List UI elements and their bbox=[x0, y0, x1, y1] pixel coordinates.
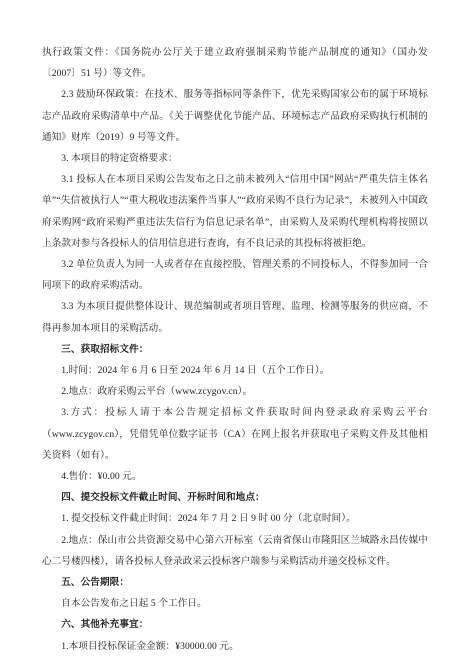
para-announcement-period-value: 自本公告发布之日起 5 个工作日。 bbox=[42, 593, 428, 614]
para-design-service-restriction: 3.3 为本项目提供整体设计、规范编制或者项目管理、监理、检测等服务的供应商，不… bbox=[42, 296, 428, 338]
para-policy-documents-continuation: 执行政策文件：《国务院办公厅关于建立政府强制采购节能产品制度的通知》（国办发〔2… bbox=[42, 42, 428, 84]
heading-other-supplementary-matters: 六、其他补充事宜： bbox=[42, 614, 428, 635]
para-environmental-policy: 2.3 鼓励环保政策：在技术、服务等指标同等条件下，优先采购国家公布的属于环境标… bbox=[42, 84, 428, 148]
para-credit-china-requirement: 3.1 投标人在本项目采购公告发布之日之前未被列入“信用中国”网站“严重失信主体… bbox=[42, 169, 428, 254]
para-obtain-time: 1.时间：2024 年 6 月 6 日至 2024 年 6 月 14 日（五个工… bbox=[42, 360, 428, 381]
para-submission-deadline-time: 1. 提交投标文件截止时间：2024 年 7 月 2 日 9 时 00 分（北京… bbox=[42, 508, 428, 529]
para-document-price: 4.售价：¥0.00 元。 bbox=[42, 466, 428, 487]
para-obtain-location: 2.地点：政府采购云平台（www.zcygov.cn）。 bbox=[42, 381, 428, 402]
para-bid-opening-location: 2.地点：保山市公共资源交易中心第六开标室（云南省保山市隆阳区兰城路永昌传媒中心… bbox=[42, 530, 428, 572]
para-bid-bond-amount: 1.本项目投标保证金金额：¥30000.00 元。 bbox=[42, 636, 428, 657]
heading-submission-deadline-and-opening: 四、提交投标文件截止时间、开标时间和地点： bbox=[42, 487, 428, 508]
heading-announcement-period: 五、公告期限： bbox=[42, 572, 428, 593]
document-content: 执行政策文件：《国务院办公厅关于建立政府强制采购节能产品制度的通知》（国办发〔2… bbox=[42, 42, 428, 657]
para-obtain-method: 3.方式：投标人请于本公告规定招标文件获取时间内登录政府采购云平台（www.zc… bbox=[42, 402, 428, 466]
para-specific-qualification-heading: 3. 本项目的特定资格要求： bbox=[42, 148, 428, 169]
para-same-legal-person-restriction: 3.2 单位负责人为同一人或者存在直接控股、管理关系的不同投标人，不得参加同一合… bbox=[42, 254, 428, 296]
document-page: 执行政策文件：《国务院办公厅关于建立政府强制采购节能产品制度的通知》（国办发〔2… bbox=[0, 0, 467, 657]
heading-obtain-bidding-documents: 三、获取招标文件： bbox=[42, 339, 428, 360]
